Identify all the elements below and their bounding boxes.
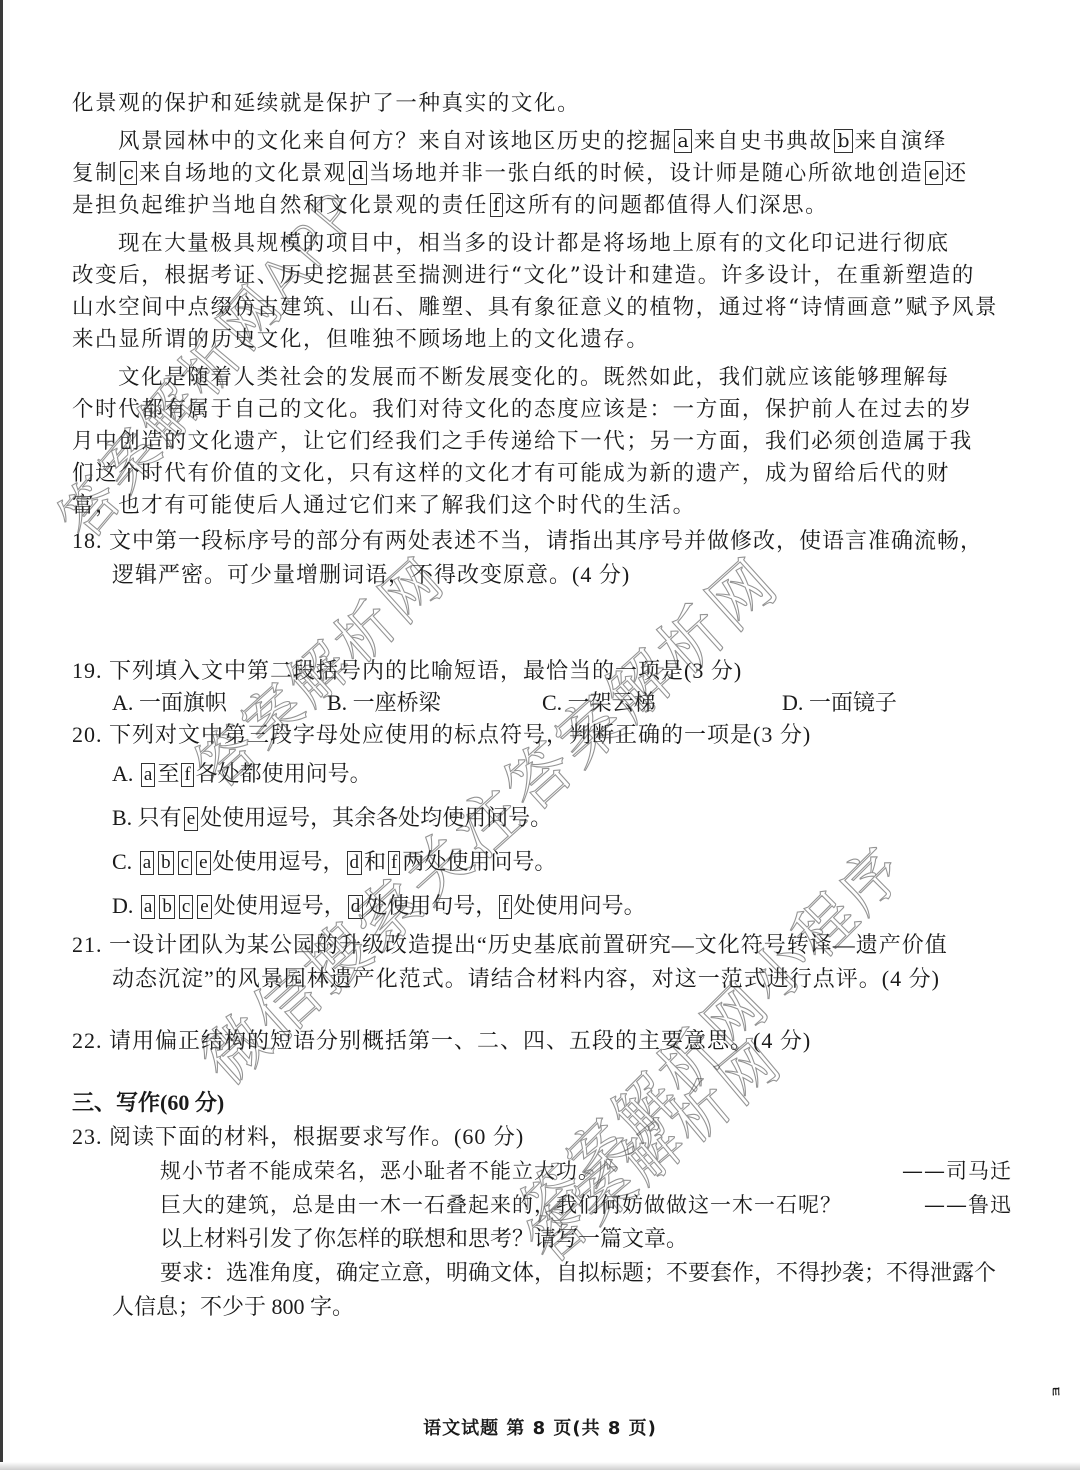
text-segment: 至 bbox=[157, 761, 179, 786]
text-segment: 这所有的问题都值得人们深思。 bbox=[505, 193, 828, 218]
marker-d: d bbox=[347, 851, 363, 875]
page-edge-bottom bbox=[0, 1462, 1080, 1470]
section-title: 三、写作(60 分) bbox=[72, 1086, 1012, 1120]
marker-f: f bbox=[490, 193, 503, 217]
question-21-line-1: 21. 一设计团队为某公园的升级改造提出“历史基底前置研究—文化符号转译—遗产价… bbox=[72, 928, 1012, 962]
marker-c: c bbox=[120, 161, 137, 185]
text-segment: 还 bbox=[945, 161, 968, 186]
marker-e: e bbox=[925, 161, 942, 185]
option-label: A. bbox=[112, 761, 139, 786]
passage-line: 来凸显所谓的历史文化，但唯独不顾场地上的文化遗存。 bbox=[72, 324, 1012, 356]
question-21-line-2: 动态沉淀”的风景园林遗产化范式。请结合材料内容，对这一范式进行点评。(4 分) bbox=[72, 962, 1012, 996]
option-c: C. 一架云梯 bbox=[542, 688, 782, 718]
exam-page-content: 化景观的保护和延续就是保护了一种真实的文化。 风景园林中的文化来自何方？来自对该… bbox=[72, 88, 1012, 1324]
answer-space-21 bbox=[72, 996, 1012, 1024]
text-segment: 处使用句号， bbox=[365, 893, 497, 918]
option-b: B. 一座桥梁 bbox=[327, 688, 542, 718]
marker-b: b bbox=[834, 129, 852, 153]
marker-e: e bbox=[184, 807, 198, 831]
quote-text: 规小节者不能成荣名，恶小耻者不能立大功。 bbox=[160, 1154, 600, 1188]
passage-line: 山水空间中点缀仿古建筑、山石、雕塑、具有象征意义的植物，通过将“诗情画意”赋予风… bbox=[72, 292, 1012, 324]
text-segment: 两处使用问号。 bbox=[402, 849, 556, 874]
marker-b: b bbox=[159, 895, 175, 919]
passage-line: 改变后，根据考证、历史挖掘甚至揣测进行“文化”设计和建造。许多设计，在重新塑造的 bbox=[72, 260, 1012, 292]
text-segment: 来自场地的文化景观 bbox=[139, 161, 347, 186]
passage-line: 月中创造的文化遗产，让它们经我们之手传递给下一代；另一方面，我们必须创造属于我 bbox=[72, 426, 1012, 458]
marker-a: a bbox=[141, 763, 155, 787]
question-21: 21. 一设计团队为某公园的升级改造提出“历史基底前置研究—文化符号转译—遗产价… bbox=[72, 928, 1012, 996]
marker-d: d bbox=[348, 895, 364, 919]
page-edge-left bbox=[0, 0, 3, 1470]
writing-prompt: 以上材料引发了你怎样的联想和思考？请写一篇文章。 bbox=[72, 1222, 1012, 1256]
marker-d: d bbox=[349, 161, 367, 185]
quote-1: 规小节者不能成荣名，恶小耻者不能立大功。 ——司马迁 bbox=[72, 1154, 1012, 1188]
text-segment: 处使用逗号，其余各处均使用问号。 bbox=[200, 805, 552, 830]
question-18-line-2: 逻辑严密。可少量增删词语，不得改变原意。(4 分) bbox=[72, 558, 1012, 592]
marker-a: a bbox=[140, 851, 154, 875]
page-footer: 语文试题 第 8 页(共 8 页) bbox=[0, 1414, 1080, 1440]
question-22: 22. 请用偏正结构的短语分别概括第一、二、四、五段的主要意思。(4 分) bbox=[72, 1024, 1012, 1058]
passage-paragraph-2: 风景园林中的文化来自何方？来自对该地区历史的挖掘a来自史书典故b来自演绎 复制c… bbox=[72, 126, 1012, 222]
passage-paragraph-4: 文化是随着人类社会的发展而不断发展变化的。既然如此，我们就应该能够理解每 个时代… bbox=[72, 362, 1012, 522]
option-label: D. bbox=[112, 893, 139, 918]
passage-line: 们这个时代有价值的文化，只有这样的文化才有可能成为新的遗产，成为留给后代的财 bbox=[72, 458, 1012, 490]
option-label: B. 只有 bbox=[112, 805, 182, 830]
passage-line: 现在大量极具规模的项目中，相当多的设计都是将场地上原有的文化印记进行彻底 bbox=[72, 228, 1012, 260]
text-segment: 来自史书典故 bbox=[694, 129, 833, 154]
question-23: 23. 阅读下面的材料，根据要求写作。(60 分) bbox=[72, 1120, 1012, 1154]
text-segment: 风景园林中的文化来自何方？来自对该地区历史的挖掘 bbox=[118, 129, 672, 154]
option-a: A. a至f各处都使用问号。 bbox=[72, 752, 1012, 796]
marker-b: b bbox=[158, 851, 174, 875]
question-20: 20. 下列对文中第三段字母处应使用的标点符号，判断正确的一项是(3 分) A.… bbox=[72, 718, 1012, 928]
text-segment: 复制 bbox=[72, 161, 118, 186]
option-d: D. abce处使用逗号，d处使用句号，f处使用问号。 bbox=[72, 884, 1012, 928]
side-mark: ㅌ bbox=[1047, 1385, 1066, 1398]
quote-author: ——鲁迅 bbox=[924, 1188, 1012, 1222]
marker-a: a bbox=[141, 895, 155, 919]
writing-requirements-1: 要求：选准角度，确定立意，明确文体，自拟标题；不要套作，不得抄袭；不得泄露个 bbox=[72, 1256, 1012, 1290]
option-a: A. 一面旗帜 bbox=[112, 688, 327, 718]
question-18: 18. 文中第一段标序号的部分有两处表述不当，请指出其序号并做修改，使语言准确流… bbox=[72, 524, 1012, 592]
quote-author: ——司马迁 bbox=[902, 1154, 1012, 1188]
answer-space-18 bbox=[72, 592, 1012, 654]
marker-e: e bbox=[196, 851, 210, 875]
question-19: 19. 下列填入文中第二段括号内的比喻短语，最恰当的一项是(3 分) A. 一面… bbox=[72, 654, 1012, 718]
option-b: B. 只有e处使用逗号，其余各处均使用问号。 bbox=[72, 796, 1012, 840]
passage-paragraph-3: 现在大量极具规模的项目中，相当多的设计都是将场地上原有的文化印记进行彻底 改变后… bbox=[72, 228, 1012, 356]
passage-line: 富，也才有可能使后人通过它们来了解我们这个时代的生活。 bbox=[72, 490, 1012, 522]
text-segment: 来自演绎 bbox=[855, 129, 947, 154]
text-segment: 和 bbox=[364, 849, 386, 874]
marker-c: c bbox=[179, 895, 193, 919]
text-segment: 处使用逗号， bbox=[213, 849, 345, 874]
marker-f: f bbox=[181, 763, 193, 787]
option-c: C. abce处使用逗号，d和f两处使用问号。 bbox=[72, 840, 1012, 884]
marker-f: f bbox=[499, 895, 511, 919]
writing-requirements-2: 人信息；不少于 800 字。 bbox=[72, 1290, 1012, 1324]
marker-f: f bbox=[388, 851, 400, 875]
option-label: C. bbox=[112, 849, 138, 874]
marker-a: a bbox=[674, 129, 691, 153]
marker-e: e bbox=[197, 895, 211, 919]
text-segment: 处使用逗号， bbox=[214, 893, 346, 918]
passage-paragraph-1-tail: 化景观的保护和延续就是保护了一种真实的文化。 bbox=[72, 88, 1012, 120]
passage-line: 文化是随着人类社会的发展而不断发展变化的。既然如此，我们就应该能够理解每 bbox=[72, 362, 1012, 394]
marker-c: c bbox=[178, 851, 192, 875]
question-19-stem: 19. 下列填入文中第二段括号内的比喻短语，最恰当的一项是(3 分) bbox=[72, 654, 1012, 688]
answer-space-22 bbox=[72, 1058, 1012, 1086]
text-segment: 各处都使用问号。 bbox=[196, 761, 372, 786]
text-segment: 是担负起维护当地自然和文化景观的责任 bbox=[72, 193, 488, 218]
passage-line: 个时代都有属于自己的文化。我们对待文化的态度应该是：一方面，保护前人在过去的岁 bbox=[72, 394, 1012, 426]
quote-text: 巨大的建筑，总是由一木一石叠起来的，我们何妨做做这一木一石呢？ bbox=[160, 1188, 842, 1222]
writing-section: 三、写作(60 分) 23. 阅读下面的材料，根据要求写作。(60 分) 规小节… bbox=[72, 1086, 1012, 1324]
option-d: D. 一面镜子 bbox=[782, 688, 897, 718]
question-20-stem: 20. 下列对文中第三段字母处应使用的标点符号，判断正确的一项是(3 分) bbox=[72, 718, 1012, 752]
question-19-options: A. 一面旗帜 B. 一座桥梁 C. 一架云梯 D. 一面镜子 bbox=[72, 688, 1012, 718]
text-segment: 处使用问号。 bbox=[514, 893, 646, 918]
text-segment: 当场地并非一张白纸的时候，设计师是随心所欲地创造 bbox=[369, 161, 923, 186]
quote-2: 巨大的建筑，总是由一木一石叠起来的，我们何妨做做这一木一石呢？ ——鲁迅 bbox=[72, 1188, 1012, 1222]
question-18-line-1: 18. 文中第一段标序号的部分有两处表述不当，请指出其序号并做修改，使语言准确流… bbox=[72, 524, 1012, 558]
